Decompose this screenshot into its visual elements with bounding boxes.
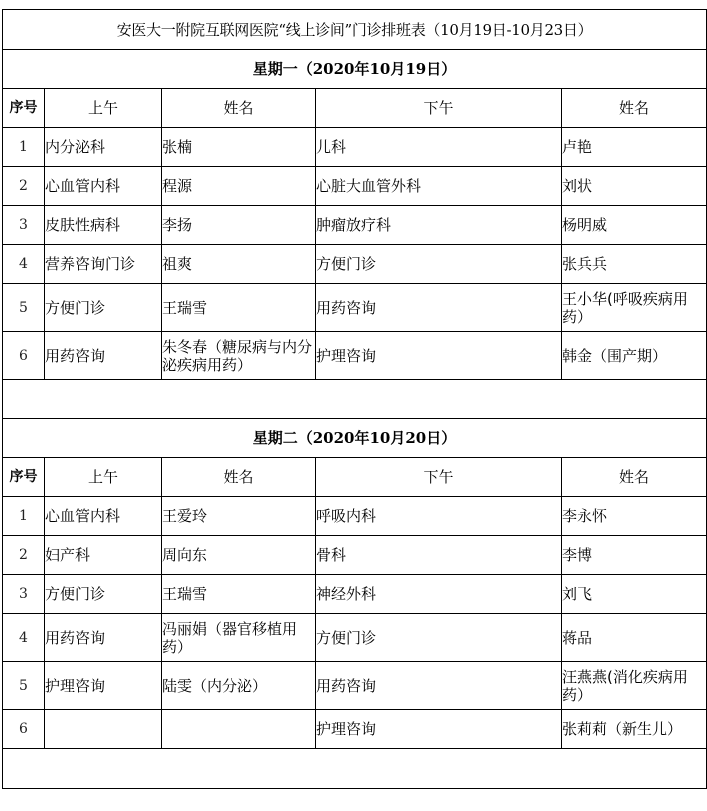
row-num: 2: [3, 167, 45, 206]
table-row: 2 心血管内科 程源 心脏大血管外科 刘状: [3, 167, 707, 206]
table-row: 5 方便门诊 王瑞雪 用药咨询 王小华(呼吸疾病用药）: [3, 284, 707, 332]
table-row: 1 心血管内科 王爱玲 呼吸内科 李永怀: [3, 497, 707, 536]
header-pm-name: 姓名: [562, 89, 707, 128]
pm-doctor: 张莉莉（新生儿）: [562, 710, 707, 749]
am-doctor: 陆雯（内分泌）: [162, 662, 316, 710]
title-row: 安医大一附院互联网医院“线上诊间”门诊排班表（10月19日-10月23日）: [3, 10, 707, 50]
am-dept: [45, 710, 162, 749]
header-num: 序号: [3, 89, 45, 128]
row-num: 5: [3, 284, 45, 332]
pm-dept: 护理咨询: [316, 332, 562, 380]
pm-doctor: 韩金（围产期）: [562, 332, 707, 380]
header-pm: 下午: [316, 89, 562, 128]
row-num: 1: [3, 497, 45, 536]
am-doctor: 周向东: [162, 536, 316, 575]
table-row: 6 护理咨询 张莉莉（新生儿）: [3, 710, 707, 749]
spacer-row: [3, 749, 707, 789]
header-pm-name: 姓名: [562, 458, 707, 497]
pm-dept: 骨科: [316, 536, 562, 575]
column-header-row: 序号 上午 姓名 下午 姓名: [3, 89, 707, 128]
pm-doctor: 杨明威: [562, 206, 707, 245]
am-doctor: [162, 710, 316, 749]
am-dept: 妇产科: [45, 536, 162, 575]
pm-dept: 用药咨询: [316, 284, 562, 332]
day-label: 星期二（2020年10月20日）: [3, 419, 707, 458]
row-num: 4: [3, 245, 45, 284]
pm-doctor: 李博: [562, 536, 707, 575]
pm-dept: 呼吸内科: [316, 497, 562, 536]
am-doctor: 王瑞雪: [162, 284, 316, 332]
table-row: 4 营养咨询门诊 祖爽 方便门诊 张兵兵: [3, 245, 707, 284]
table-row: 2 妇产科 周向东 骨科 李博: [3, 536, 707, 575]
row-num: 2: [3, 536, 45, 575]
pm-doctor: 蒋品: [562, 614, 707, 662]
header-am-name: 姓名: [162, 458, 316, 497]
am-dept: 用药咨询: [45, 332, 162, 380]
table-row: 6 用药咨询 朱冬春（糖尿病与内分泌疾病用药） 护理咨询 韩金（围产期）: [3, 332, 707, 380]
table-row: 4 用药咨询 冯丽娟（器官移植用药） 方便门诊 蒋品: [3, 614, 707, 662]
day-label: 星期一（2020年10月19日）: [3, 50, 707, 89]
am-dept: 心血管内科: [45, 497, 162, 536]
header-num: 序号: [3, 458, 45, 497]
row-num: 6: [3, 332, 45, 380]
pm-doctor: 卢艳: [562, 128, 707, 167]
header-pm: 下午: [316, 458, 562, 497]
am-doctor: 王瑞雪: [162, 575, 316, 614]
pm-doctor: 汪燕燕(消化疾病用药）: [562, 662, 707, 710]
pm-dept: 神经外科: [316, 575, 562, 614]
pm-dept: 用药咨询: [316, 662, 562, 710]
header-am-name: 姓名: [162, 89, 316, 128]
page-title: 安医大一附院互联网医院“线上诊间”门诊排班表（10月19日-10月23日）: [3, 10, 707, 50]
day-header-row: 星期一（2020年10月19日）: [3, 50, 707, 89]
table-row: 3 方便门诊 王瑞雪 神经外科 刘飞: [3, 575, 707, 614]
table-row: 3 皮肤性病科 李扬 肿瘤放疗科 杨明威: [3, 206, 707, 245]
am-dept: 心血管内科: [45, 167, 162, 206]
spacer-row: [3, 380, 707, 419]
table-row: 1 内分泌科 张楠 儿科 卢艳: [3, 128, 707, 167]
pm-doctor: 张兵兵: [562, 245, 707, 284]
pm-dept: 方便门诊: [316, 614, 562, 662]
column-header-row: 序号 上午 姓名 下午 姓名: [3, 458, 707, 497]
row-num: 6: [3, 710, 45, 749]
am-doctor: 李扬: [162, 206, 316, 245]
empty-separator: [3, 380, 707, 419]
am-dept: 护理咨询: [45, 662, 162, 710]
am-doctor: 朱冬春（糖尿病与内分泌疾病用药）: [162, 332, 316, 380]
row-num: 3: [3, 575, 45, 614]
pm-doctor: 刘状: [562, 167, 707, 206]
pm-dept: 肿瘤放疗科: [316, 206, 562, 245]
pm-dept: 儿科: [316, 128, 562, 167]
row-num: 4: [3, 614, 45, 662]
day-header-row: 星期二（2020年10月20日）: [3, 419, 707, 458]
pm-dept: 心脏大血管外科: [316, 167, 562, 206]
pm-doctor: 李永怀: [562, 497, 707, 536]
am-doctor: 程源: [162, 167, 316, 206]
am-dept: 营养咨询门诊: [45, 245, 162, 284]
am-dept: 用药咨询: [45, 614, 162, 662]
header-am: 上午: [45, 89, 162, 128]
row-num: 1: [3, 128, 45, 167]
am-dept: 皮肤性病科: [45, 206, 162, 245]
am-doctor: 王爱玲: [162, 497, 316, 536]
am-doctor: 冯丽娟（器官移植用药）: [162, 614, 316, 662]
pm-dept: 护理咨询: [316, 710, 562, 749]
pm-dept: 方便门诊: [316, 245, 562, 284]
am-dept: 方便门诊: [45, 575, 162, 614]
table-row: 5 护理咨询 陆雯（内分泌） 用药咨询 汪燕燕(消化疾病用药）: [3, 662, 707, 710]
header-am: 上午: [45, 458, 162, 497]
am-doctor: 祖爽: [162, 245, 316, 284]
empty-separator: [3, 749, 707, 789]
am-dept: 方便门诊: [45, 284, 162, 332]
am-doctor: 张楠: [162, 128, 316, 167]
row-num: 5: [3, 662, 45, 710]
am-dept: 内分泌科: [45, 128, 162, 167]
pm-doctor: 王小华(呼吸疾病用药）: [562, 284, 707, 332]
schedule-table: 安医大一附院互联网医院“线上诊间”门诊排班表（10月19日-10月23日） 星期…: [2, 9, 707, 789]
row-num: 3: [3, 206, 45, 245]
pm-doctor: 刘飞: [562, 575, 707, 614]
